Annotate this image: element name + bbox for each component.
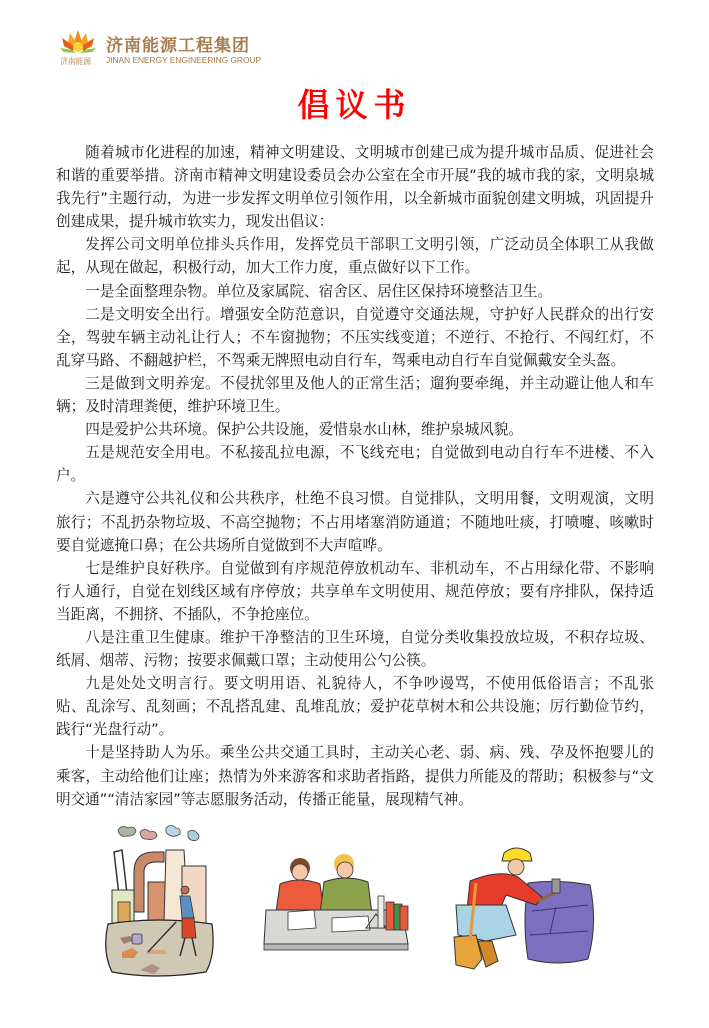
paragraph-intro: 随着城市化进程的加速，精神文明建设、文明城市创建已成为提升城市品质、促进社会和谐…	[56, 141, 654, 233]
lotus-logo-icon	[58, 28, 98, 54]
company-name-en: JINAN ENERGY ENGINEERING GROUP	[106, 55, 261, 65]
paragraph-item-8: 八是注重卫生健康。维护干净整洁的卫生环境，自觉分类收集投放垃圾，不积存垃圾、纸屑…	[56, 626, 654, 672]
paragraph-item-9: 九是处处文明言行。要文明用语、礼貌待人，不争吵谩骂，不使用低俗语言；不乱张贴、乱…	[56, 672, 654, 741]
paragraph-item-3: 三是做到文明养宠。不侵扰邻里及他人的正常生活；遛狗要牵绳，并主动避让他人和车辆；…	[56, 372, 654, 418]
paragraph-item-6: 六是遵守公共礼仪和公共秩序，杜绝不良习惯。自觉排队，文明用餐，文明观演，文明旅行…	[56, 487, 654, 556]
company-logo: 济南能源 济南能源工程集团 JINAN ENERGY ENGINEERING G…	[58, 28, 258, 68]
company-name-cn: 济南能源工程集团	[106, 31, 250, 56]
paragraph-item-10: 十是坚持助人为乐。乘坐公共交通工具时，主动关心老、弱、病、残、孕及怀抱婴儿的乘客…	[56, 741, 654, 810]
paragraph-item-5: 五是规范安全用电。不私接乱拉电源，不飞线充电；自觉做到电动自行车不进楼、不入户。	[56, 441, 654, 487]
paragraph-item-2: 二是文明安全出行。增强安全防范意识，自觉遵守交通法规，守护好人民群众的出行安全，…	[56, 303, 654, 372]
logo-brand-cn-small: 济南能源	[60, 56, 91, 67]
two-people-studying-icon	[262, 852, 412, 962]
paragraph-call: 发挥公司文明单位排头兵作用，发挥党员干部职工文明引领，广泛动员全体职工从我做起，…	[56, 233, 654, 279]
paragraph-item-7: 七是维护良好秩序。自觉做到有序规范停放机动车、非机动车，不占用绿化带、不影响行人…	[56, 557, 654, 626]
cleaning-worker-factory-icon	[100, 822, 218, 982]
illustration-studying	[262, 852, 412, 962]
illustration-construction-worker	[448, 845, 608, 975]
construction-worker-hammer-icon	[448, 845, 608, 975]
paragraph-item-1: 一是全面整理杂物。单位及家属院、宿舍区、居住区保持环境整洁卫生。	[56, 280, 654, 303]
paragraph-item-4: 四是爱护公共环境。保护公共设施，爱惜泉水山林，维护泉城风貌。	[56, 418, 654, 441]
document-title: 倡议书	[0, 80, 709, 126]
illustration-cleaning-worker	[100, 822, 218, 982]
document-body: 随着城市化进程的加速，精神文明建设、文明城市创建已成为提升城市品质、促进社会和谐…	[56, 141, 654, 811]
